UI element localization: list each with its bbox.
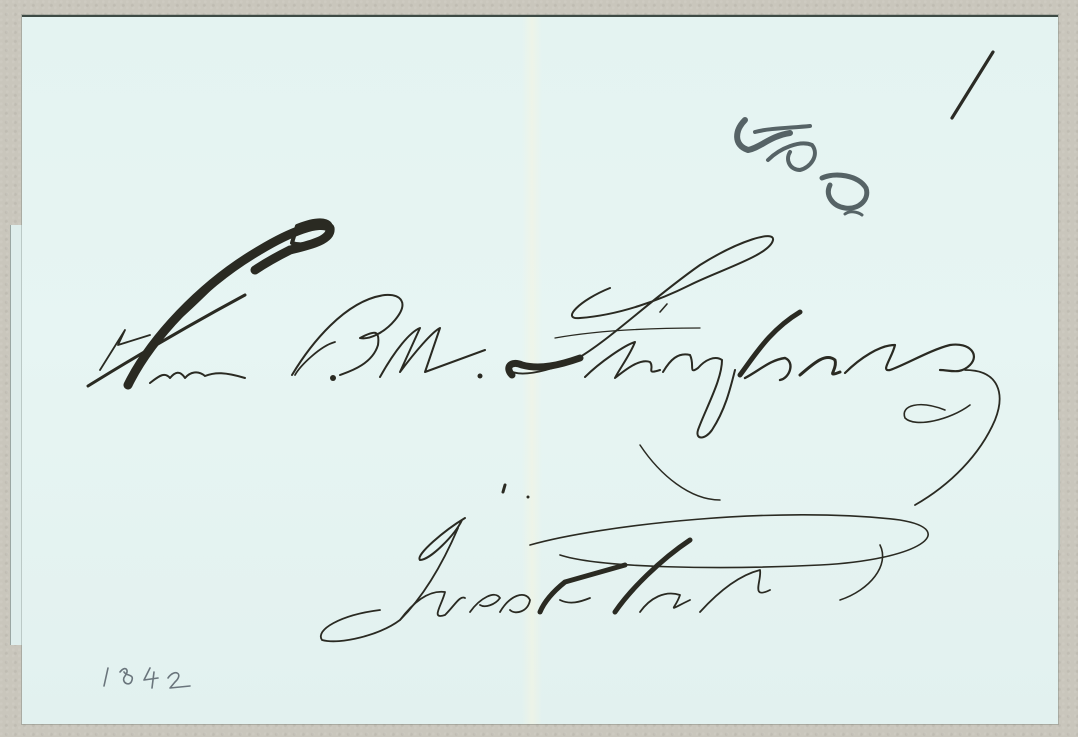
handwriting-layer [0,0,1078,737]
postage-mark [952,52,993,118]
salutation-herr [88,220,331,386]
origin-postmark [737,120,867,215]
destination-town [321,485,928,641]
addressee-surname [508,236,1000,505]
year-annotation [104,668,190,688]
initials-bm [292,295,485,381]
